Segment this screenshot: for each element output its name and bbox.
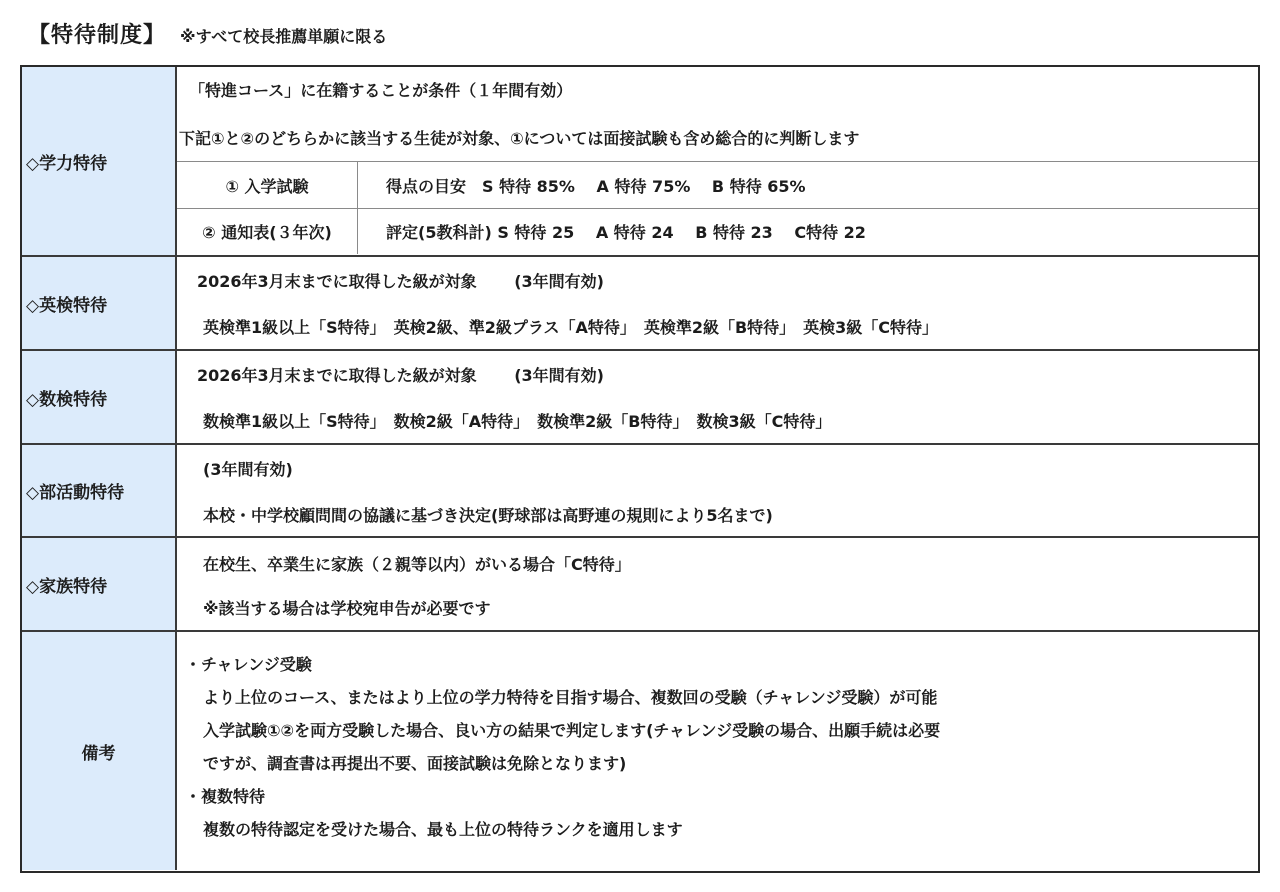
remarks-line-3: 入学試験①②を両方受験した場合、良い方の結果で判定します(チャレンジ受験の場合、… <box>203 718 940 741</box>
row-content: 在校生、卒業生に家族（２親等以内）がいる場合「C特待」 ※該当する場合は学校宛申… <box>177 538 1258 630</box>
row-eiken: ◇英検特待 2026年3月末までに取得した級が対象 (3年間有効) 英検準1級以… <box>22 257 1258 351</box>
row-label: ◇家族特待 <box>22 538 177 630</box>
suken-line-2: 数検準1級以上「S特待」 数検2級「A特待」 数検準2級「B特待」 数検3級「C… <box>203 409 831 432</box>
scholarship-table: ◇学力特待 「特進コース」に在籍することが条件（１年間有効） 下記①と②のどちら… <box>20 65 1260 873</box>
academic-line-2: 下記①と②のどちらかに該当する生徒が対象、①については面接試験も含め総合的に判断… <box>179 126 859 149</box>
page-header: 【特待制度】 ※すべて校長推薦単願に限る <box>28 18 387 49</box>
page-note: ※すべて校長推薦単願に限る <box>180 24 387 47</box>
remarks-line-4: ですが、調査書は再提出不要、面接試験は免除となります) <box>203 751 626 774</box>
remarks-line-1: ・チャレンジ受験 <box>185 652 312 675</box>
criteria-value: 得点の目安 S 特待 85% A 特待 75% B 特待 65% <box>358 162 1258 208</box>
row-academic: ◇学力特待 「特進コース」に在籍することが条件（１年間有効） 下記①と②のどちら… <box>22 67 1258 257</box>
row-family: ◇家族特待 在校生、卒業生に家族（２親等以内）がいる場合「C特待」 ※該当する場… <box>22 538 1258 632</box>
remarks-line-2: より上位のコース、またはより上位の学力特待を目指す場合、複数回の受験（チャレンジ… <box>203 685 937 708</box>
row-label: 備考 <box>22 632 177 870</box>
row-content: ・チャレンジ受験 より上位のコース、またはより上位の学力特待を目指す場合、複数回… <box>177 632 1258 870</box>
criteria-key: ② 通知表(３年次) <box>177 209 358 254</box>
row-content: 2026年3月末までに取得した級が対象 (3年間有効) 数検準1級以上「S特待」… <box>177 351 1258 443</box>
remarks-line-6: 複数の特待認定を受けた場合、最も上位の特待ランクを適用します <box>203 817 683 840</box>
criteria-row: ② 通知表(３年次) 評定(5教科計) S 特待 25 A 特待 24 B 特待… <box>177 208 1258 254</box>
club-line-2: 本校・中学校顧問間の協議に基づき決定(野球部は高野連の規則により5名まで) <box>203 503 773 526</box>
row-content: 2026年3月末までに取得した級が対象 (3年間有効) 英検準1級以上「S特待」… <box>177 257 1258 349</box>
row-content: 「特進コース」に在籍することが条件（１年間有効） 下記①と②のどちらかに該当する… <box>177 67 1258 255</box>
family-line-1: 在校生、卒業生に家族（２親等以内）がいる場合「C特待」 <box>203 552 631 575</box>
row-label: ◇英検特待 <box>22 257 177 349</box>
criteria-key: ① 入学試験 <box>177 162 358 208</box>
eiken-line-1: 2026年3月末までに取得した級が対象 (3年間有効) <box>197 269 604 292</box>
family-line-2: ※該当する場合は学校宛申告が必要です <box>203 596 491 619</box>
page-title: 【特待制度】 <box>28 18 166 49</box>
row-label: ◇学力特待 <box>22 67 177 255</box>
eiken-line-2: 英検準1級以上「S特待」 英検2級、準2級プラス「A特待」 英検準2級「B特待」… <box>203 315 938 338</box>
criteria-row: ① 入学試験 得点の目安 S 特待 85% A 特待 75% B 特待 65% <box>177 162 1258 208</box>
row-remarks: 備考 ・チャレンジ受験 より上位のコース、またはより上位の学力特待を目指す場合、… <box>22 632 1258 870</box>
row-label: ◇数検特待 <box>22 351 177 443</box>
club-line-1: (3年間有効) <box>203 457 293 480</box>
row-club: ◇部活動特待 (3年間有効) 本校・中学校顧問間の協議に基づき決定(野球部は高野… <box>22 445 1258 538</box>
academic-line-1: 「特進コース」に在籍することが条件（１年間有効） <box>189 78 572 101</box>
criteria-value: 評定(5教科計) S 特待 25 A 特待 24 B 特待 23 C特待 22 <box>358 209 1258 254</box>
academic-criteria-table: ① 入学試験 得点の目安 S 特待 85% A 特待 75% B 特待 65% … <box>177 161 1258 254</box>
row-content: (3年間有効) 本校・中学校顧問間の協議に基づき決定(野球部は高野連の規則により… <box>177 445 1258 536</box>
row-label: ◇部活動特待 <box>22 445 177 536</box>
remarks-line-5: ・複数特待 <box>185 784 265 807</box>
suken-line-1: 2026年3月末までに取得した級が対象 (3年間有効) <box>197 363 604 386</box>
row-suken: ◇数検特待 2026年3月末までに取得した級が対象 (3年間有効) 数検準1級以… <box>22 351 1258 445</box>
